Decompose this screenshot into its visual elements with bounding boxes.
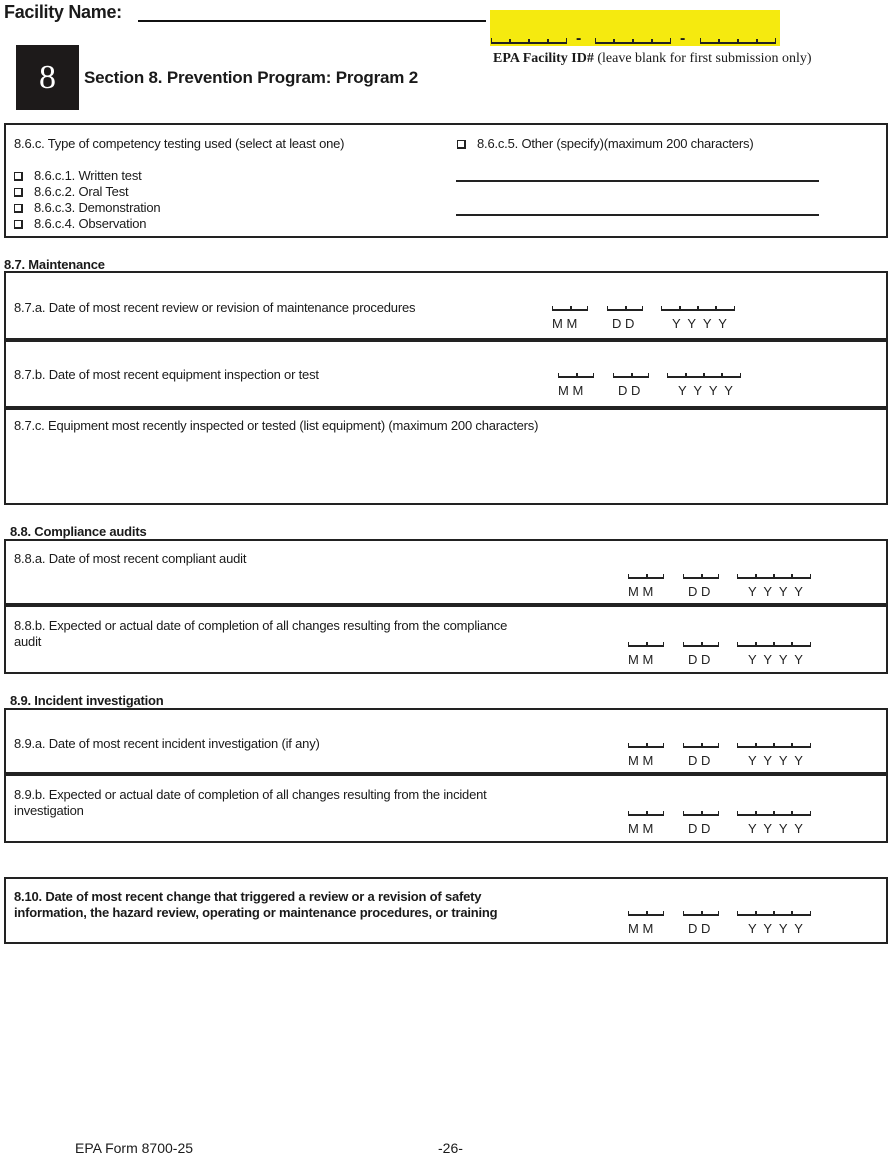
date-box-divider: [646, 911, 648, 914]
compliance-b-label: 8.8.b. Expected or actual date of comple…: [14, 618, 507, 650]
date-box-divider: [570, 306, 572, 309]
date-mm-label: M M: [552, 316, 577, 331]
date-box-divider: [755, 811, 757, 814]
date-yyyy-label: Y Y Y Y: [748, 753, 803, 768]
date-box-divider: [791, 911, 793, 914]
date-box-divider: [646, 642, 648, 645]
compliance-b-date[interactable]: M MD DY Y Y Y: [622, 642, 822, 674]
date-yyyy-label: Y Y Y Y: [748, 584, 803, 599]
date-dd-boxes[interactable]: [613, 373, 649, 378]
checkbox-observation[interactable]: [14, 220, 23, 229]
date-yyyy-boxes[interactable]: [737, 642, 811, 647]
date-dd-label: D D: [618, 383, 640, 398]
date-yyyy-boxes[interactable]: [737, 811, 811, 816]
date-box-divider: [791, 743, 793, 746]
checkbox-other[interactable]: [457, 140, 466, 149]
date-dd-boxes[interactable]: [683, 743, 719, 748]
checkbox-written-test[interactable]: [14, 172, 23, 181]
epa-id-separator: -: [576, 30, 581, 48]
option-other-label: 8.6.c.5. Other (specify)(maximum 200 cha…: [477, 136, 754, 151]
date-dd-label: D D: [688, 921, 710, 936]
date-box-divider: [755, 911, 757, 914]
date-dd-label: D D: [688, 753, 710, 768]
date-dd-label: D D: [688, 652, 710, 667]
recent-change-label: 8.10. Date of most recent change that tr…: [14, 889, 497, 921]
other-specify-line-1[interactable]: [456, 180, 819, 182]
option-label: 8.6.c.1. Written test: [34, 168, 142, 183]
option-oral-test[interactable]: 8.6.c.2. Oral Test: [14, 184, 160, 200]
date-box-divider: [791, 642, 793, 645]
date-dd-boxes[interactable]: [683, 911, 719, 916]
compliance-a-box: 8.8.a. Date of most recent compliant aud…: [4, 539, 888, 605]
date-mm-label: M M: [628, 652, 653, 667]
incident-a-date[interactable]: M MD DY Y Y Y: [622, 743, 822, 775]
date-mm-boxes[interactable]: [628, 642, 664, 647]
date-yyyy-label: Y Y Y Y: [678, 383, 733, 398]
date-box-divider: [646, 743, 648, 746]
maintenance-b-date[interactable]: M MD DY Y Y Y: [552, 373, 752, 405]
date-yyyy-label: Y Y Y Y: [748, 652, 803, 667]
form-number: EPA Form 8700-25: [75, 1140, 193, 1156]
facility-name-label: Facility Name:: [4, 2, 122, 23]
maintenance-a-label: 8.7.a. Date of most recent review or rev…: [14, 300, 415, 316]
date-mm-boxes[interactable]: [558, 373, 594, 378]
date-yyyy-boxes[interactable]: [667, 373, 741, 378]
option-label: 8.6.c.3. Demonstration: [34, 200, 160, 215]
date-box-divider: [685, 373, 687, 376]
option-written-test[interactable]: 8.6.c.1. Written test: [14, 168, 160, 184]
incident-b-date[interactable]: M MD DY Y Y Y: [622, 811, 822, 843]
compliance-b-label-line2: audit: [14, 634, 507, 650]
maintenance-c-label: 8.7.c. Equipment most recently inspected…: [14, 418, 538, 434]
date-dd-boxes[interactable]: [683, 811, 719, 816]
recent-change-date[interactable]: M MD DY Y Y Y: [622, 911, 822, 943]
compliance-a-date[interactable]: M MD DY Y Y Y: [622, 574, 822, 606]
date-box-divider: [679, 306, 681, 309]
date-yyyy-label: Y Y Y Y: [748, 821, 803, 836]
date-mm-boxes[interactable]: [628, 743, 664, 748]
date-box-divider: [773, 574, 775, 577]
facility-name-field[interactable]: [138, 20, 486, 22]
epa-id-separator: -: [680, 30, 685, 48]
option-label: 8.6.c.2. Oral Test: [34, 184, 128, 199]
date-mm-label: M M: [558, 383, 583, 398]
other-specify-line-2[interactable]: [456, 214, 819, 216]
date-box-divider: [773, 743, 775, 746]
incident-b-box: 8.9.b. Expected or actual date of comple…: [4, 774, 888, 843]
date-dd-boxes[interactable]: [683, 574, 719, 579]
date-mm-label: M M: [628, 821, 653, 836]
date-box-divider: [703, 373, 705, 376]
epa-id-label: EPA Facility ID#: [493, 51, 594, 66]
maintenance-a-date[interactable]: M MD DY Y Y Y: [546, 306, 746, 338]
date-box-divider: [755, 743, 757, 746]
date-box-divider: [625, 306, 627, 309]
date-box-divider: [701, 642, 703, 645]
maintenance-heading: 8.7. Maintenance: [4, 257, 105, 272]
date-box-divider: [773, 642, 775, 645]
option-other[interactable]: 8.6.c.5. Other (specify)(maximum 200 cha…: [457, 136, 754, 152]
date-mm-boxes[interactable]: [628, 811, 664, 816]
incident-a-label: 8.9.a. Date of most recent incident inve…: [14, 736, 320, 752]
competency-testing-box: 8.6.c. Type of competency testing used (…: [4, 123, 888, 238]
incident-b-label-line1: 8.9.b. Expected or actual date of comple…: [14, 787, 487, 803]
date-box-divider: [701, 911, 703, 914]
date-box-divider: [631, 373, 633, 376]
date-dd-label: D D: [612, 316, 634, 331]
date-box-divider: [701, 574, 703, 577]
date-dd-label: D D: [688, 584, 710, 599]
date-box-divider: [721, 373, 723, 376]
epa-id-caption: EPA Facility ID# (leave blank for first …: [493, 51, 812, 67]
date-yyyy-label: Y Y Y Y: [672, 316, 727, 331]
date-box-divider: [646, 574, 648, 577]
recent-change-label-line2: information, the hazard review, operatin…: [14, 905, 497, 921]
date-dd-boxes[interactable]: [683, 642, 719, 647]
competency-testing-label: 8.6.c. Type of competency testing used (…: [14, 136, 344, 152]
date-box-divider: [773, 911, 775, 914]
date-mm-label: M M: [628, 921, 653, 936]
date-mm-boxes[interactable]: [628, 574, 664, 579]
date-yyyy-boxes[interactable]: [661, 306, 735, 311]
section-title: Section 8. Prevention Program: Program 2: [84, 68, 418, 88]
maintenance-c-box: 8.7.c. Equipment most recently inspected…: [4, 408, 888, 505]
incident-a-box: 8.9.a. Date of most recent incident inve…: [4, 708, 888, 774]
date-box-divider: [646, 811, 648, 814]
compliance-b-box: 8.8.b. Expected or actual date of comple…: [4, 605, 888, 674]
date-box-divider: [791, 811, 793, 814]
incident-b-label: 8.9.b. Expected or actual date of comple…: [14, 787, 487, 819]
maintenance-b-label: 8.7.b. Date of most recent equipment ins…: [14, 367, 319, 383]
page-number: -26-: [438, 1140, 463, 1156]
checkbox-demonstration[interactable]: [14, 204, 23, 213]
date-yyyy-boxes[interactable]: [737, 911, 811, 916]
date-box-divider: [701, 811, 703, 814]
date-dd-boxes[interactable]: [607, 306, 643, 311]
date-mm-label: M M: [628, 584, 653, 599]
date-yyyy-boxes[interactable]: [737, 743, 811, 748]
section-number-badge: 8: [16, 45, 79, 110]
maintenance-b-box: 8.7.b. Date of most recent equipment ins…: [4, 340, 888, 408]
date-box-divider: [701, 743, 703, 746]
checkbox-oral-test[interactable]: [14, 188, 23, 197]
incident-b-label-line2: investigation: [14, 803, 487, 819]
date-box-divider: [715, 306, 717, 309]
competency-options: 8.6.c.1. Written test 8.6.c.2. Oral Test…: [14, 168, 160, 232]
epa-facility-id-field[interactable]: - -: [490, 10, 780, 46]
date-box-divider: [755, 574, 757, 577]
date-box-divider: [576, 373, 578, 376]
recent-change-label-line1: 8.10. Date of most recent change that tr…: [14, 889, 497, 905]
recent-change-box: 8.10. Date of most recent change that tr…: [4, 877, 888, 944]
date-dd-label: D D: [688, 821, 710, 836]
option-demonstration[interactable]: 8.6.c.3. Demonstration: [14, 200, 160, 216]
date-box-divider: [755, 642, 757, 645]
compliance-audits-heading: 8.8. Compliance audits: [10, 524, 146, 539]
option-observation[interactable]: 8.6.c.4. Observation: [14, 216, 160, 232]
date-box-divider: [791, 574, 793, 577]
epa-id-note: (leave blank for first submission only): [597, 51, 811, 66]
equipment-list-field[interactable]: [14, 438, 874, 498]
maintenance-a-box: 8.7.a. Date of most recent review or rev…: [4, 271, 888, 340]
incident-investigation-heading: 8.9. Incident investigation: [10, 693, 164, 708]
date-box-divider: [773, 811, 775, 814]
option-label: 8.6.c.4. Observation: [34, 216, 146, 231]
date-box-divider: [697, 306, 699, 309]
date-mm-label: M M: [628, 753, 653, 768]
date-mm-boxes[interactable]: [628, 911, 664, 916]
date-yyyy-label: Y Y Y Y: [748, 921, 803, 936]
compliance-b-label-line1: 8.8.b. Expected or actual date of comple…: [14, 618, 507, 634]
date-mm-boxes[interactable]: [552, 306, 588, 311]
date-yyyy-boxes[interactable]: [737, 574, 811, 579]
compliance-a-label: 8.8.a. Date of most recent compliant aud…: [14, 551, 246, 567]
